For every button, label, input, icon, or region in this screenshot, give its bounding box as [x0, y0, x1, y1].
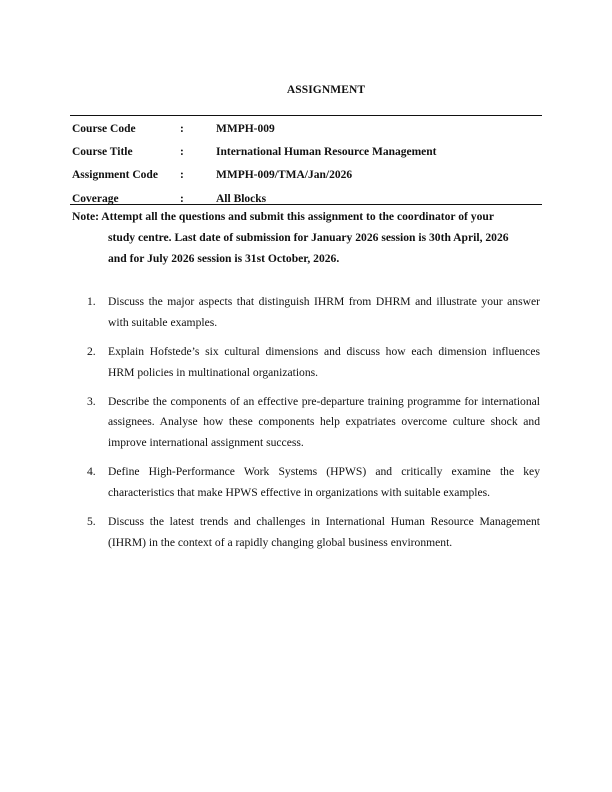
course-code-label: Course Code: [72, 123, 180, 135]
course-code-row: Course Code : MMPH-009: [72, 117, 542, 140]
note-line-3: and for July 2026 session is 31st Octobe…: [72, 249, 547, 270]
course-title-value: International Human Resource Management: [216, 146, 542, 158]
course-details: Course Code : MMPH-009 Course Title : In…: [72, 117, 542, 211]
header-rule-bottom: [70, 204, 542, 205]
note-line-2: study centre. Last date of submission fo…: [72, 228, 547, 249]
question-text: Define High-Performance Work Systems (HP…: [108, 462, 540, 504]
question-item: 3. Describe the components of an effecti…: [87, 392, 540, 454]
question-text: Discuss the major aspects that distingui…: [108, 292, 540, 334]
question-text: Explain Hofstede’s six cultural dimensio…: [108, 342, 540, 384]
course-code-value: MMPH-009: [216, 123, 542, 135]
question-number: 2.: [87, 342, 108, 384]
course-title-row: Course Title : International Human Resou…: [72, 140, 542, 163]
assignment-code-value: MMPH-009/TMA/Jan/2026: [216, 169, 542, 181]
question-item: 1. Discuss the major aspects that distin…: [87, 292, 540, 334]
note-line-1: Note: Attempt all the questions and subm…: [72, 210, 494, 223]
course-title-label: Course Title: [72, 146, 180, 158]
question-text: Describe the components of an effective …: [108, 392, 540, 454]
separator: :: [180, 146, 216, 158]
separator: :: [180, 169, 216, 181]
question-item: 2. Explain Hofstede’s six cultural dimen…: [87, 342, 540, 384]
question-number: 1.: [87, 292, 108, 334]
question-number: 4.: [87, 462, 108, 504]
header-rule-top: [70, 115, 542, 116]
question-number: 3.: [87, 392, 108, 454]
question-number: 5.: [87, 512, 108, 554]
document-title: ASSIGNMENT: [0, 84, 612, 96]
question-text: Discuss the latest trends and challenges…: [108, 512, 540, 554]
submission-note: Note: Attempt all the questions and subm…: [72, 207, 547, 269]
question-item: 4. Define High-Performance Work Systems …: [87, 462, 540, 504]
question-list: 1. Discuss the major aspects that distin…: [87, 292, 540, 562]
assignment-code-label: Assignment Code: [72, 169, 180, 181]
separator: :: [180, 123, 216, 135]
question-item: 5. Discuss the latest trends and challen…: [87, 512, 540, 554]
assignment-code-row: Assignment Code : MMPH-009/TMA/Jan/2026: [72, 164, 542, 187]
